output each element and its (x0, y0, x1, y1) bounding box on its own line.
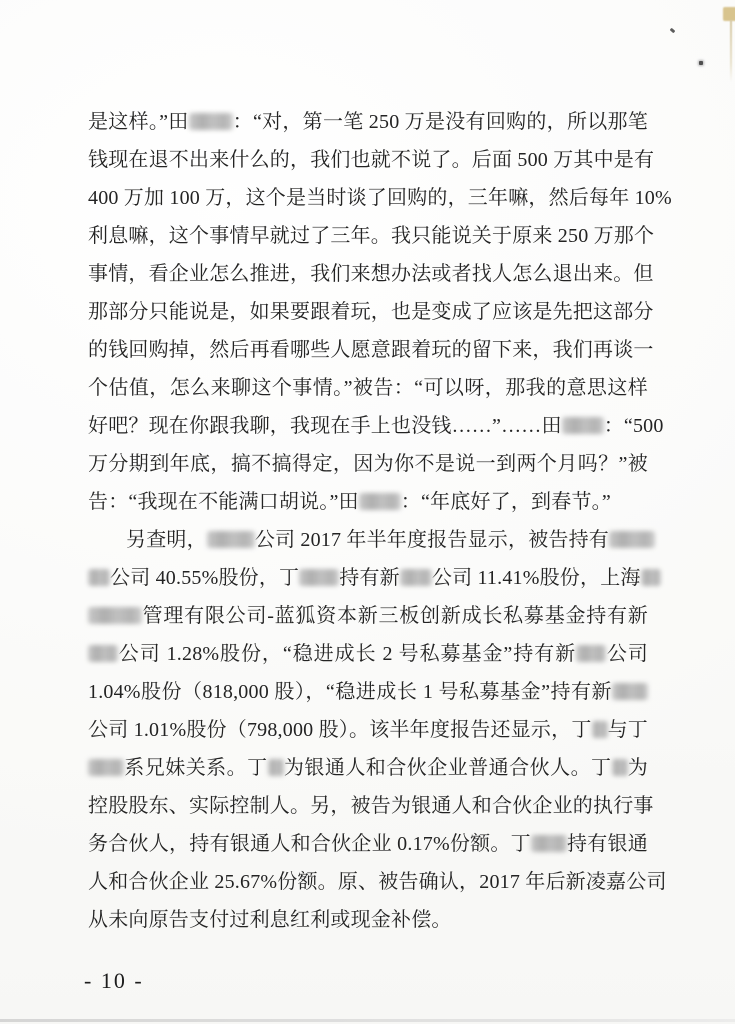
text-run: 万分期到年底，搞不搞得定，因为你不是说一到两个月吗？”被 (88, 453, 648, 475)
text-run: 1.04%股份（818,000 股），“稳进成长 1 号私募基金”持有新 (88, 681, 612, 703)
text-run: 管理有限公司-蓝狐资本新三板创新成长私募基金持有新 (142, 605, 648, 627)
text-run: 公司 1.01%股份（798,000 股）。该半年度报告还显示，丁 (88, 719, 592, 741)
text-line: 好吧？现在你跟我聊，我现在手上也没钱……”……田：“500 (88, 407, 648, 445)
redacted-name (299, 569, 339, 586)
text-run: 好吧？现在你跟我聊，我现在手上也没钱……”……田 (88, 415, 562, 437)
text-run: 人和合伙企业 25.67%份额。原、被告确认，2017 年后新凌嘉公司 (88, 871, 667, 893)
text-line: 管理有限公司-蓝狐资本新三板创新成长私募基金持有新 (88, 597, 648, 635)
redacted-name (88, 645, 118, 662)
scanned-document-page: 是这样。”田：“对，第一笔 250 万是没有回购的，所以那笔钱现在退不出来什么的… (0, 0, 735, 1024)
redacted-name (576, 645, 606, 662)
text-run: ：“年底好了，到春节。” (401, 491, 611, 513)
text-run: 告：“我现在不能满口胡说。”田 (88, 491, 359, 513)
text-line: 控股股东、实际控制人。另，被告为银通人和合伙企业的执行事 (88, 787, 648, 825)
text-run: 从未向原告支付过利息红利或现金补偿。 (88, 909, 452, 931)
text-run: 公司 2017 年半年度报告显示，被告持有 (255, 529, 609, 551)
text-line: 个估值，怎么来聊这个事情。”被告：“可以呀，那我的意思这样 (88, 369, 648, 407)
text-line: 告：“我现在不能满口胡说。”田：“年底好了，到春节。” (88, 483, 648, 521)
text-line: 那部分只能说是，如果要跟着玩，也是变成了应该是先把这部分 (88, 293, 648, 331)
text-run: 另查明， (126, 529, 207, 551)
text-run: 钱现在退不出来什么的，我们也就不说了。后面 500 万其中是有 (88, 149, 654, 171)
scan-artifact-bottom-edge (0, 1019, 735, 1022)
text-line: 钱现在退不出来什么的，我们也就不说了。后面 500 万其中是有 (88, 141, 648, 179)
text-line: 系兄妹关系。丁为银通人和合伙企业普通合伙人。丁为 (88, 749, 648, 787)
text-line: 另查明，公司 2017 年半年度报告显示，被告持有 (88, 521, 648, 559)
text-line: 利息嘛，这个事情早就过了三年。我只能说关于原来 250 万那个 (88, 217, 648, 255)
redacted-name (531, 835, 567, 852)
text-line: 公司 40.55%股份，丁持有新公司 11.41%股份，上海 (88, 559, 648, 597)
text-line: 的钱回购掉，然后再看哪些人愿意跟着玩的留下来，我们再谈一 (88, 331, 648, 369)
text-run: 的钱回购掉，然后再看哪些人愿意跟着玩的留下来，我们再谈一 (88, 339, 654, 361)
document-body: 是这样。”田：“对，第一笔 250 万是没有回购的，所以那笔钱现在退不出来什么的… (88, 103, 648, 939)
text-run: 系兄妹关系。丁 (124, 757, 268, 779)
text-line: 400 万加 100 万，这个是当时谈了回购的，三年嘛，然后每年 10% (88, 179, 648, 217)
text-line: 公司 1.01%股份（798,000 股）。该半年度报告还显示，丁与丁 (88, 711, 648, 749)
text-run: 与丁 (608, 719, 648, 741)
scan-artifact-tape (723, 7, 735, 21)
text-run: ：“对，第一笔 250 万是没有回购的，所以那笔 (233, 111, 648, 133)
scan-artifact-edge-streak (730, 20, 732, 82)
redacted-name (207, 531, 255, 548)
text-run: 事情，看企业怎么推进，我们来想办法或者找人怎么退出来。但 (88, 263, 654, 285)
redacted-name (641, 569, 661, 586)
redacted-name (612, 759, 628, 776)
text-line: 务合伙人，持有银通人和合伙企业 0.17%份额。丁持有银通 (88, 825, 648, 863)
text-run: ：“500 (604, 415, 664, 437)
text-run: 为 (628, 757, 648, 779)
text-line: 从未向原告支付过利息红利或现金补偿。 (88, 901, 648, 939)
text-line: 事情，看企业怎么推进，我们来想办法或者找人怎么退出来。但 (88, 255, 648, 293)
text-run: 利息嘛，这个事情早就过了三年。我只能说关于原来 250 万那个 (88, 225, 654, 247)
redacted-name (609, 531, 655, 548)
text-line: 公司 1.28%股份，“稳进成长 2 号私募基金”持有新公司 (88, 635, 648, 673)
page-number: - 10 - (84, 968, 144, 994)
redacted-name (88, 569, 110, 586)
text-run: 是这样。”田 (88, 111, 189, 133)
text-run: 个估值，怎么来聊这个事情。”被告：“可以呀，那我的意思这样 (88, 377, 648, 399)
redacted-name (359, 493, 401, 510)
redacted-name (562, 417, 604, 434)
redacted-name (612, 683, 648, 700)
text-line: 人和合伙企业 25.67%份额。原、被告确认，2017 年后新凌嘉公司 (88, 863, 648, 901)
text-run: 公司 11.41%股份，上海 (432, 567, 641, 589)
scan-artifact-speck (699, 61, 703, 65)
redacted-name (189, 113, 233, 130)
text-run: 公司 (606, 643, 648, 665)
text-run: 控股股东、实际控制人。另，被告为银通人和合伙企业的执行事 (88, 795, 654, 817)
redacted-name (268, 759, 284, 776)
text-run: 公司 1.28%股份，“稳进成长 2 号私募基金”持有新 (118, 643, 576, 665)
redacted-name (88, 607, 142, 624)
text-run: 持有新 (339, 567, 400, 589)
text-line: 1.04%股份（818,000 股），“稳进成长 1 号私募基金”持有新 (88, 673, 648, 711)
text-run: 那部分只能说是，如果要跟着玩，也是变成了应该是先把这部分 (88, 301, 654, 323)
text-run: 公司 40.55%股份，丁 (110, 567, 299, 589)
redacted-name (592, 721, 608, 738)
text-run: 400 万加 100 万，这个是当时谈了回购的，三年嘛，然后每年 10% (88, 187, 672, 209)
text-run: 为银通人和合伙企业普通合伙人。丁 (284, 757, 612, 779)
scan-artifact-speck (670, 28, 676, 34)
text-run: 持有银通 (567, 833, 648, 855)
text-line: 是这样。”田：“对，第一笔 250 万是没有回购的，所以那笔 (88, 103, 648, 141)
redacted-name (88, 759, 124, 776)
text-run: 务合伙人，持有银通人和合伙企业 0.17%份额。丁 (88, 833, 531, 855)
text-line: 万分期到年底，搞不搞得定，因为你不是说一到两个月吗？”被 (88, 445, 648, 483)
redacted-name (400, 569, 432, 586)
